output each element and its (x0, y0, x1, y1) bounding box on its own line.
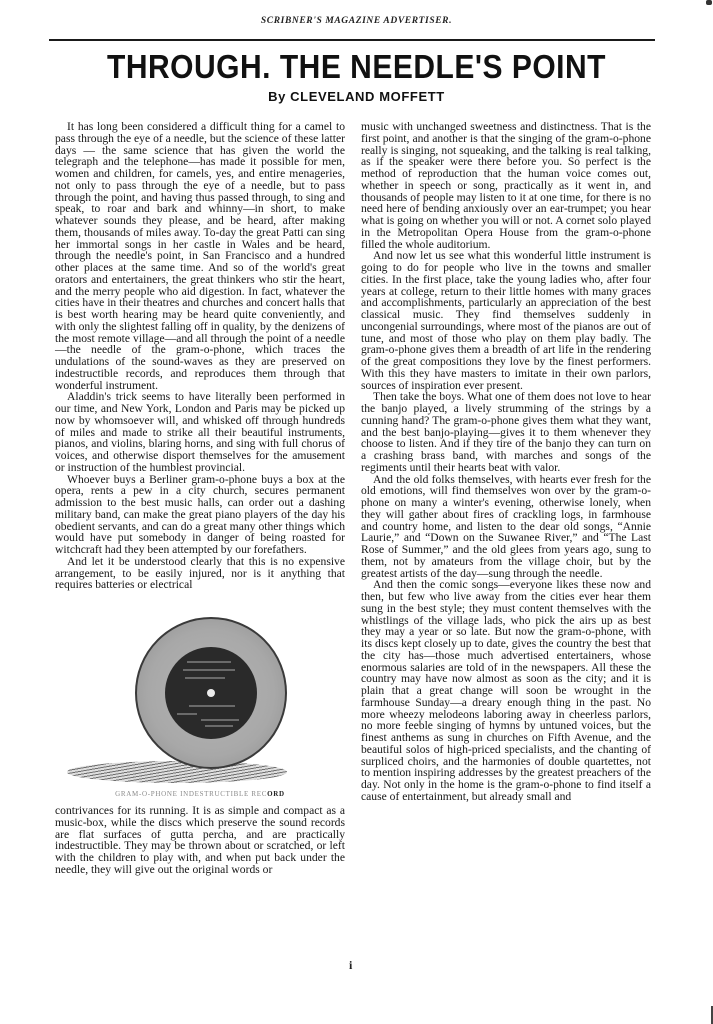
paragraph: And let it be understood clearly that th… (55, 556, 345, 591)
paragraph: And the old folks themselves, with heart… (361, 474, 651, 580)
gramophone-record-icon (135, 617, 287, 769)
paragraph: Whoever buys a Berliner gram-o-phone buy… (55, 474, 345, 556)
paragraph: Aladdin's trick seems to have literally … (55, 391, 345, 473)
record-figure: GRAM-O-PHONE INDESTRUCTIBLE RECORD (55, 601, 345, 801)
byline: By CLEVELAND MOFFETT (0, 89, 713, 104)
paragraph-continuation: music with unchanged sweetness and disti… (361, 121, 651, 250)
paragraph: It has long been considered a difficult … (55, 121, 345, 391)
paragraph: Then take the boys. What one of them doe… (361, 391, 651, 473)
disc-shadow (67, 761, 287, 783)
scan-artifact-corner (706, 0, 712, 5)
paragraph: And then the comic songs—everyone likes … (361, 579, 651, 802)
running-head: SCRIBNER'S MAGAZINE ADVERTISER. (0, 16, 713, 26)
paragraph: And now let us see what this wonderful l… (361, 250, 651, 391)
figure-caption: GRAM-O-PHONE INDESTRUCTIBLE RECORD (55, 789, 345, 801)
left-column: It has long been considered a difficult … (55, 121, 345, 876)
page-number: i (349, 958, 352, 973)
paragraph-continuation: contrivances for its running. It is as s… (55, 805, 345, 876)
article-title: THROUGH. THE NEEDLE'S POINT (0, 49, 713, 87)
header-rule (49, 39, 655, 41)
right-column: music with unchanged sweetness and disti… (361, 121, 651, 803)
record-center-hole (207, 689, 215, 697)
